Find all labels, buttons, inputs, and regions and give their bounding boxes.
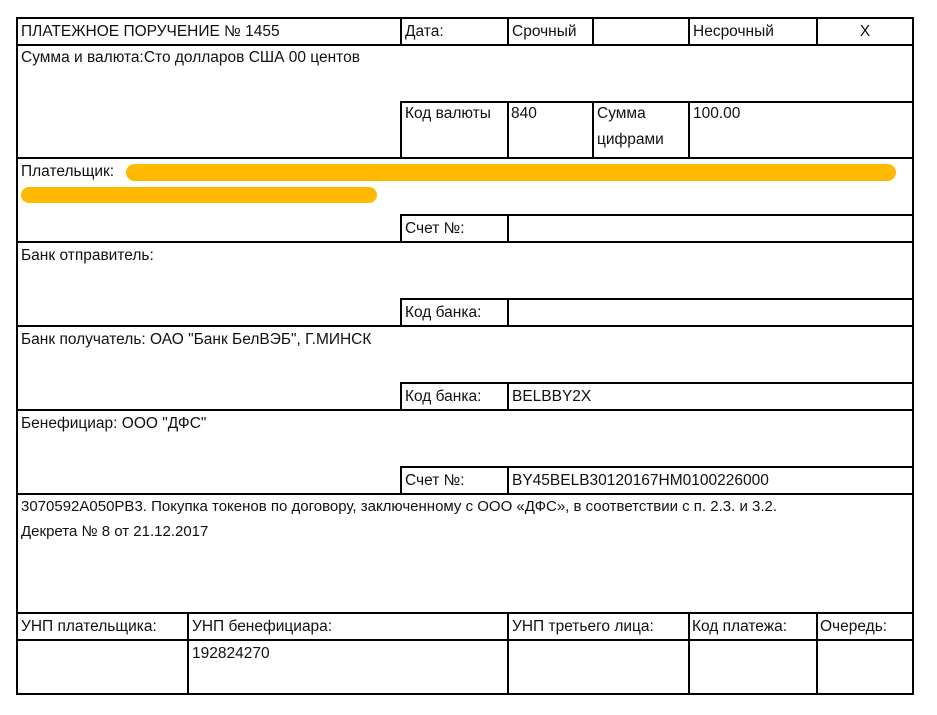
- col-divider: [592, 17, 594, 45]
- payer-redaction: [126, 164, 896, 181]
- amount-digits-label: Сумма: [597, 104, 646, 124]
- payment-code-header: Код платежа:: [692, 617, 787, 637]
- col-divider: [507, 298, 509, 326]
- date-label: Дата:: [405, 22, 444, 42]
- amount-digits-value: 100.00: [693, 104, 740, 124]
- row-divider: [16, 157, 914, 159]
- row-divider: [400, 382, 914, 384]
- beneficiary-label: Бенефициар: ООО "ДФС": [21, 414, 206, 434]
- amount-digits-label-2: цифрами: [597, 130, 664, 150]
- payer-label: Плательщик:: [21, 162, 114, 182]
- receiver-bank-code-value: BELBBY2X: [512, 387, 591, 407]
- beneficiary-account-label: Счет №:: [405, 471, 465, 491]
- col-divider: [507, 382, 509, 410]
- col-divider: [400, 466, 402, 494]
- col-divider: [507, 466, 509, 494]
- payment-purpose-line1: 3070592A050PB3. Покупка токенов по догов…: [21, 497, 777, 517]
- page-title: ПЛАТЕЖНОЕ ПОРУЧЕНИЕ № 1455: [21, 22, 280, 42]
- currency-code-value: 840: [511, 104, 537, 124]
- row-divider: [16, 612, 914, 614]
- nonurgent-label: Несрочный: [693, 22, 774, 42]
- beneficiary-unp-header: УНП бенефициара:: [192, 617, 332, 637]
- row-divider: [16, 44, 914, 46]
- payer-account-label: Счет №:: [405, 219, 465, 239]
- nonurgent-mark[interactable]: X: [818, 22, 912, 42]
- col-divider: [507, 612, 509, 695]
- row-divider: [16, 409, 914, 411]
- receiver-bank-code-label: Код банка:: [405, 387, 481, 407]
- col-divider: [507, 101, 509, 158]
- row-divider: [16, 325, 914, 327]
- sender-bank-code-label: Код банка:: [405, 303, 481, 323]
- row-divider: [16, 639, 914, 641]
- col-divider: [400, 298, 402, 326]
- payment-purpose-line2: Декрета № 8 от 21.12.2017: [21, 522, 208, 542]
- col-divider: [400, 101, 402, 158]
- amount-in-words: Сумма и валюта:Сто долларов США 00 центо…: [21, 48, 360, 68]
- row-divider: [16, 241, 914, 243]
- col-divider: [688, 17, 690, 45]
- payer-unp-header: УНП плательщика:: [21, 617, 157, 637]
- row-divider: [16, 493, 914, 495]
- row-divider: [400, 466, 914, 468]
- col-divider: [688, 101, 690, 158]
- third-party-unp-header: УНП третьего лица:: [512, 617, 654, 637]
- col-divider: [400, 382, 402, 410]
- priority-header: Очередь:: [820, 617, 887, 637]
- payer-redaction-line2: [21, 187, 377, 203]
- col-divider: [507, 17, 509, 45]
- receiver-bank-label: Банк получатель: ОАО "Банк БелВЭБ", Г.МИ…: [21, 330, 371, 350]
- row-divider: [400, 298, 914, 300]
- row-divider: [400, 214, 914, 216]
- urgent-label: Срочный: [512, 22, 577, 42]
- col-divider: [816, 612, 818, 695]
- row-divider: [400, 101, 914, 103]
- col-divider: [400, 214, 402, 242]
- sender-bank-label: Банк отправитель:: [21, 246, 154, 266]
- col-divider: [400, 17, 402, 45]
- col-divider: [592, 101, 594, 158]
- col-divider: [187, 612, 189, 695]
- currency-code-label: Код валюты: [405, 104, 491, 124]
- beneficiary-unp-value: 192824270: [192, 644, 270, 664]
- beneficiary-account-value: BY45BELB30120167HM0100226000: [512, 471, 769, 491]
- col-divider: [507, 214, 509, 242]
- col-divider: [688, 612, 690, 695]
